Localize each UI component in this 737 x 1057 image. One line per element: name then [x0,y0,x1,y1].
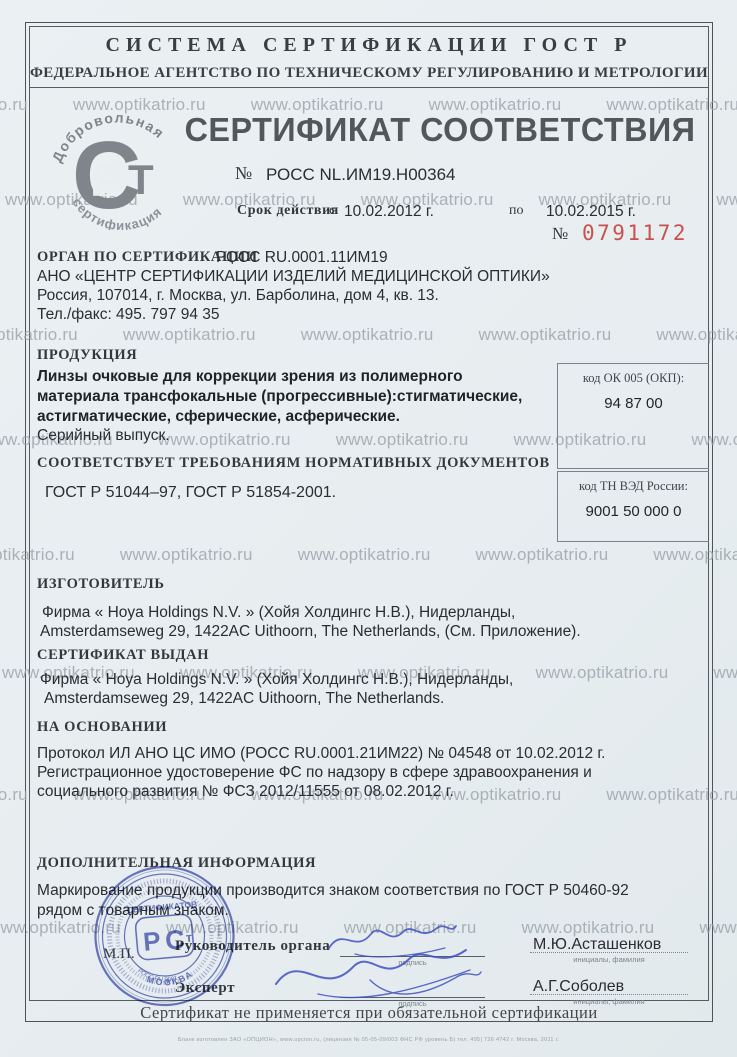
document-title: СЕРТИФИКАТ СООТВЕТСТВИЯ [183,111,697,149]
header-separator [29,87,709,88]
manufacturer-section-label: ИЗГОТОВИТЕЛЬ [37,576,165,593]
product-line: материала трансфокальные (прогрессивные)… [37,388,522,406]
stamp-star: ★ [165,977,173,987]
blank-number-sign: № [552,224,568,244]
basis-line: социального развития № ФСЗ 2012/11555 от… [37,783,454,801]
stamp-word-certificates: СЕРТИФИКАТОВ [126,899,197,915]
product-note: Серийный выпуск. [37,427,170,445]
blank-number: 0791172 [582,221,688,245]
cert-number-sign: № [235,163,252,184]
issued-line: Фирма « Hoya Holdings N.V. » (Хойя Холди… [40,671,513,689]
name-caption: инициалы, фамилия [530,955,688,964]
system-title: СИСТЕМА СЕРТИФИКАЦИИ ГОСТ Р [29,34,709,57]
basis-section-label: НА ОСНОВАНИИ [37,719,167,736]
okp-value: 94 87 00 [558,395,709,412]
certificate-scan: www.optikatrio.ruwww.optikatrio.ruwww.op… [0,0,737,1057]
expert-signature-ink [270,940,485,1002]
body-line: Россия, 107014, г. Москва, ул. Барболина… [37,287,439,305]
logo-letter-r: Р [90,154,121,206]
validity-date-to: 10.02.2015 г. [546,203,636,221]
product-line: астигматические, сферические, асферическ… [37,408,400,426]
body-line: Тел./факс: 495. 797 94 35 [37,306,219,324]
stamp-letter-t: т [185,930,193,945]
validity-from-prep: с [329,203,335,219]
blank-imprint: Бланк изготовлен ЗАО «ОПЦИОН», www.opcio… [0,1037,737,1043]
head-name-line [530,952,688,953]
product-section-label: ПРОДУКЦИЯ [37,347,137,364]
validity-date-from: 10.02.2012 г. [344,203,434,221]
manufacturer-line: Amsterdamseweg 29, 1422AC Uithoorn, The … [40,623,581,641]
stamp-letter-c: С [164,924,186,956]
okp-label: код ОК 005 (ОКП): [558,371,709,386]
validity-label: Срок действия [237,203,339,219]
manufacturer-line: Фирма « Hoya Holdings N.V. » (Хойя Холди… [42,604,515,622]
conformity-section-label: СООТВЕТСТВУЕТ ТРЕБОВАНИЯМ НОРМАТИВНЫХ ДО… [37,455,550,472]
issued-section-label: СЕРТИФИКАТ ВЫДАН [37,647,209,664]
okp-code-box: код ОК 005 (ОКП): 94 87 00 [557,363,709,469]
body-code: РОСС RU.0001.11ИМ19 [216,249,388,267]
expert-name-line [530,994,688,995]
watermark-text: www.optikatrio.ru [0,95,28,115]
watermark-text: www.optikatrio.ru [713,663,737,683]
validity-to-prep: по [509,203,524,219]
basis-line: Регистрационное удостоверение ФС по надз… [37,764,592,782]
rst-voluntary-certification-logo: Добровольная С Р Т сертификация [42,104,192,230]
watermark-text: www.optikatrio.ru [716,190,737,210]
issued-line: Amsterdamseweg 29, 1422AC Uithoorn, The … [44,690,444,708]
basis-line: Протокол ИЛ АНО ЦС ИМО (РОСС RU.0001.21И… [37,745,605,763]
tnved-value: 9001 50 000 0 [558,503,709,520]
watermark-text: www.optikatrio.ru [0,785,28,805]
agency-title: ФЕДЕРАЛЬНОЕ АГЕНТСТВО ПО ТЕХНИЧЕСКОМУ РЕ… [29,65,709,82]
stamp-letter-r: Р [142,925,162,956]
cert-number: РОСС NL.ИМ19.H00364 [266,165,455,185]
tnved-code-box: код ТН ВЭД России: 9001 50 000 0 [557,471,709,542]
conformity-value: ГОСТ Р 51044–97, ГОСТ Р 51854-2001. [45,484,336,502]
product-line: Линзы очковые для коррекции зрения из по… [37,368,463,386]
body-line: АНО «ЦЕНТР СЕРТИФИКАЦИИ ИЗДЕЛИЙ МЕДИЦИНС… [37,268,550,286]
certification-body-stamp: СЕРТИФИКАТОВ Р С т РОСС RU.0001- МОСКВА … [82,860,247,1012]
tnved-label: код ТН ВЭД России: [558,479,709,494]
logo-letter-t: Т [128,156,154,203]
